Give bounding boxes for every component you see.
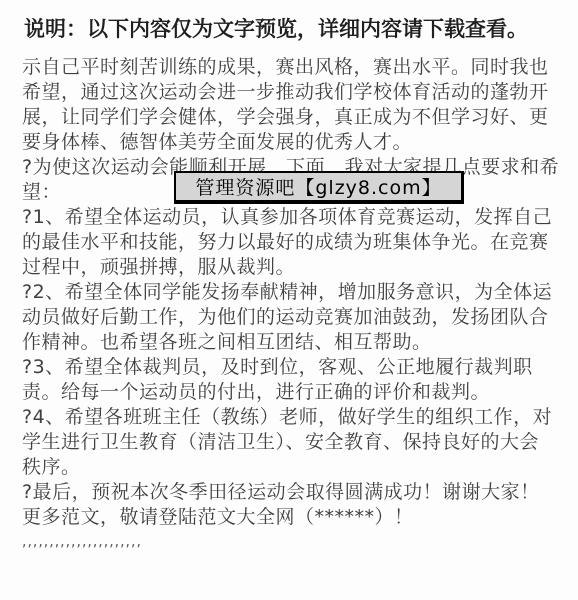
text-line: ?3、希望全体裁判员，及时到位，客观、公正地履行裁判职 (22, 355, 568, 380)
text-line: 学生进行卫生教育（清洁卫生）、安全教育、保持良好的大会 (22, 430, 568, 455)
text-line: 希望，通过这次运动会进一步推动我们学校体育活动的蓬勃开 (22, 80, 568, 105)
text-line: 秩序。 (22, 455, 568, 480)
watermark-text: 管理资源吧【glzy8.com】 (195, 173, 441, 200)
text-line: 过程中，顽强拼搏，服从裁判。 (22, 255, 568, 280)
text-line: ?2、希望全体同学能发扬奉献精神，增加服务意识，为全体运 (22, 280, 568, 305)
text-line: 要身体棒、德智体美劳全面发展的优秀人才。 (22, 130, 568, 155)
watermark-badge: 管理资源吧【glzy8.com】 (174, 171, 464, 204)
text-line: 的最佳水平和技能，努力以最好的成绩为班集体争光。在竞赛 (22, 230, 568, 255)
text-line: ?1、希望全体运动员，认真参加各项体育竞赛运动，发挥自己 (22, 205, 568, 230)
text-line: 作精神。也希望各班之间相互团结、相互帮助。 (22, 330, 568, 355)
document-body: 示自己平时刻苦训练的成果，赛出风格，赛出水平。同时我也 希望，通过这次运动会进一… (0, 55, 578, 555)
text-line: 示自己平时刻苦训练的成果，赛出风格，赛出水平。同时我也 (22, 55, 568, 80)
text-line: 责。给每一个运动员的付出，进行正确的评价和裁判。 (22, 380, 568, 405)
text-line: 展，让同学们学会健体，学会强身，真正成为不但学习好、更 (22, 105, 568, 130)
preview-notice: 说明：以下内容仅为文字预览，详细内容请下载查看。 (24, 14, 578, 44)
text-line: ?最后，预祝本次冬季田径运动会取得圆满成功！谢谢大家！ (22, 480, 568, 505)
trailing-dots-line: ,,,,,,,,,,,,,,,,,,,,,, (22, 530, 568, 555)
text-line: ?4、希望各班班主任（教练）老师，做好学生的组织工作，对 (22, 405, 568, 430)
text-line: 动员做好后勤工作，为他们的运动竞赛加油鼓劲，发扬团队合 (22, 305, 568, 330)
document-preview-page: 说明：以下内容仅为文字预览，详细内容请下载查看。 示自己平时刻苦训练的成果，赛出… (0, 0, 578, 600)
text-line: 更多范文，敬请登陆范文大全网（******）！ (22, 505, 568, 530)
